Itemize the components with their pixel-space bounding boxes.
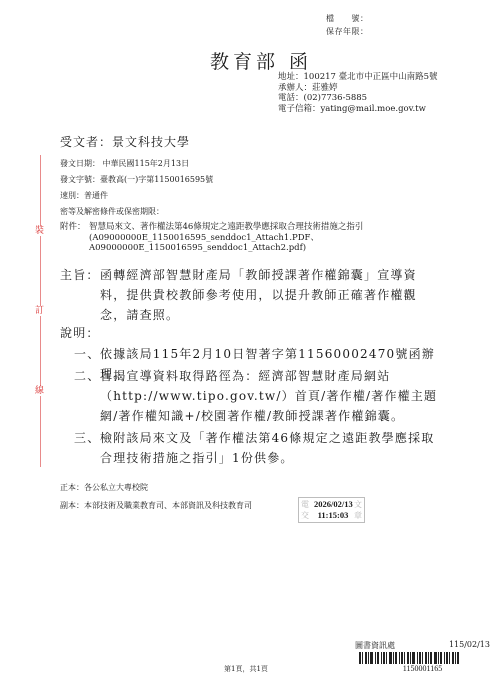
document-number: 發文字號：臺教高(一)字第1150016595號 [60,174,213,185]
binding-char: 訂 [35,306,44,316]
retention-period-label: 保存年限： [326,27,369,37]
attachment: 附件： 智慧局來文、著作權法第46條規定之遠距教學應採取合理技術措施之指引 (A… [60,222,440,254]
attachment-text: 智慧局來文、著作權法第46條規定之遠距教學應採取合理技術措施之指引 (A0900… [89,222,440,254]
subject-label: 主旨： [60,265,100,285]
original-recipients: 正本：各公私立大專校院 [60,482,148,493]
description-item: 二、 旨揭宣導資料取得路徑為：經濟部智慧財產局網站（http://www.tip… [74,366,440,426]
electronic-exchange-stamp: 電 文 交 章 2026/02/13 11:15:03 [298,497,365,523]
stamp-corner: 文 [354,499,362,510]
stamp-corner: 交 [301,510,309,521]
item-text: 旨揭宣導資料取得路徑為：經濟部智慧財產局網站（http://www.tipo.g… [100,366,440,426]
item-number: 一、 [74,344,100,364]
item-number: 二、 [74,366,100,386]
page-number: 第1頁，共1頁 [224,664,268,674]
attachment-label: 附件： [60,222,86,233]
file-number-label: 檔 號： [326,14,369,24]
recipient-value: 景文科技大學 [112,135,190,149]
item-text: 檢附該局來文及「著作權法第46條規定之遠距教學應採取合理技術措施之指引」1份供參… [100,428,440,468]
subject-text: 函轉經濟部智慧財產局「教師授課著作權錦囊」宣導資料，提供貴校教師參考使用，以提升… [100,265,440,325]
recipient-label: 受文者： [60,135,112,149]
barcode-office: 圖書資訊處 [355,640,395,651]
barcode-date: 115/02/13 [449,640,490,651]
binding-char: 線 [35,386,44,396]
issue-date: 發文日期： 中華民國115年2月13日 [60,158,189,169]
sender-email: 電子信箱：yating@mail.moe.gov.tw [278,104,438,115]
binding-char: 裝 [35,226,44,236]
item-number: 三、 [74,428,100,448]
stamp-corner: 章 [354,510,362,521]
sender-address: 地址：100217 臺北市中正區中山南路5號 [278,72,438,83]
description-item: 三、 檢附該局來文及「著作權法第46條規定之遠距教學應採取合理技術措施之指引」1… [74,428,440,468]
stamp-time: 11:15:03 [314,510,352,521]
barcode-icon [359,652,486,664]
barcode-block: 圖書資訊處 115/02/13 1150001165 [355,640,490,673]
stamp-datetime: 2026/02/13 11:15:03 [314,499,352,521]
stamp-corner: 電 [301,499,309,510]
barcode-number: 1150001165 [355,664,490,673]
subject: 主旨： 函轉經濟部智慧財產局「教師授課著作權錦囊」宣導資料，提供貴校教師參考使用… [60,265,440,325]
recipient: 受文者：景文科技大學 [60,133,190,150]
sender-contact-person: 承辦人：莊雅婷 [278,83,438,94]
delivery-speed: 速別：普通件 [60,190,108,201]
stamp-date: 2026/02/13 [314,499,352,510]
document-title: 教育部 函 [210,47,312,74]
description-label: 說明： [60,323,100,343]
sender-phone: 電話：(02)7736-5885 [278,93,438,104]
secrecy-level: 密等及解密條件或保密期限： [60,206,164,217]
copy-recipients: 副本：本部技術及職業教育司、本部資訊及科技教育司 [60,500,252,511]
sender-info: 地址：100217 臺北市中正區中山南路5號 承辦人：莊雅婷 電話：(02)77… [278,72,438,114]
